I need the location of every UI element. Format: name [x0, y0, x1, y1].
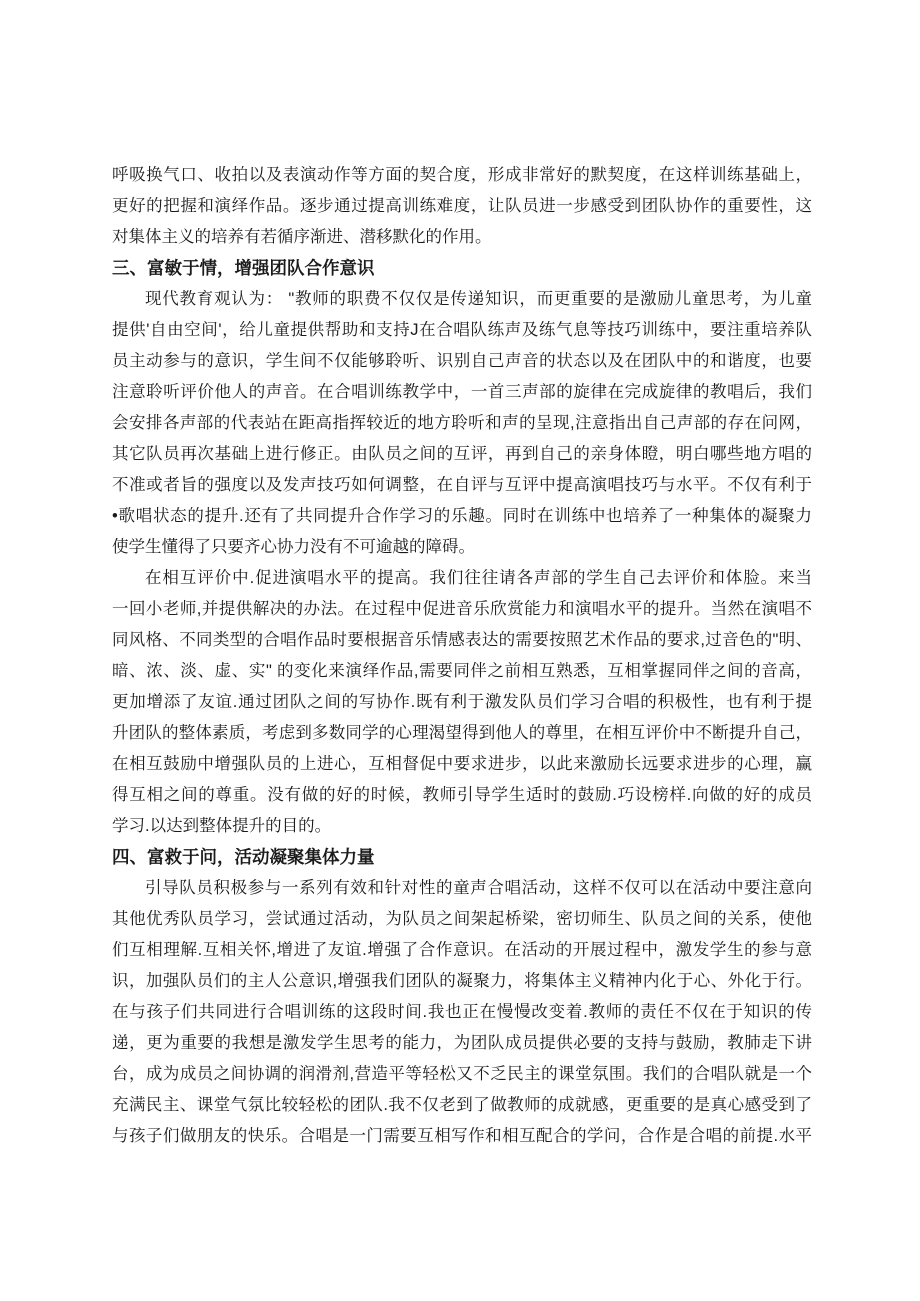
text-line: 对集体主义的培养有若循序渐进、潜移默化的作用。 — [112, 222, 812, 253]
text-line: 更加增添了友谊.通过团队之间的写协作.既有利于激发队员们学习合唱的积极性，也有利… — [112, 687, 812, 718]
text-line: 与孩子们做朋友的快乐。合唱是一门需要互相写作和相互配合的学问，合作是合唱的前提.… — [112, 1121, 812, 1152]
section-heading: 三、富敏于情，增强团队合作意识 — [112, 253, 812, 284]
text-line: 注意聆听评价他人的声音。在合唱训练教学中，一首三声部的旋律在完成旋律的教唱后，我… — [112, 377, 812, 408]
text-line: •歌唱状态的提升.还有了共同提升合作学习的乐趣。同时在训练中也培养了一种集体的凝… — [112, 501, 812, 532]
text-line: 们互相理解.互相关怀,增进了友谊.增强了合作意识。在活动的开展过程中，激发学生的… — [112, 935, 812, 966]
text-line: 一回小老师,并提供解决的办法。在过程中促进音乐欣赏能力和演唱水平的提升。当然在演… — [112, 594, 812, 625]
text-line: 台，成为成员之间协调的润滑剂,营造平等轻松又不乏民主的课堂氛围。我们的合唱队就是… — [112, 1059, 812, 1090]
text-line: 更好的把握和演绎作品。逐步通过提高训练难度，让队员进一步感受到团队协作的重要性，… — [112, 191, 812, 222]
text-line: 同风格、不同类型的合唱作品时要根据音乐情感表达的需要按照艺术作品的要求,过音色的… — [112, 625, 812, 656]
text-line: 在相互评价中.促进演唱水平的提高。我们往往请各声部的学生自己去评价和体脸。来当 — [112, 563, 812, 594]
text-line: 充满民主、课堂气氛比较轻松的团队.我不仅老到了做教师的成就感，更重要的是真心感受… — [112, 1090, 812, 1121]
text-line: 引导队员积极参与一系列有效和针对性的童声合唱活动，这样不仅可以在活动中要注意向 — [112, 873, 812, 904]
text-line: 递，更为重要的我想是激发学生思考的能力，为团队成员提供必要的支持与鼓励，教肺走下… — [112, 1028, 812, 1059]
text-line: 学习.以达到整体提升的目的。 — [112, 811, 812, 842]
text-line: 暗、浓、淡、虚、实" 的变化来演绎作品,需要同伴之前相互熟悉，互相掌握同伴之间的… — [112, 656, 812, 687]
text-line: 其他优秀队员学习，尝试通过活动，为队员之间架起桥梁，密切师生、队员之间的关系，使… — [112, 904, 812, 935]
text-line: 不准或者旨的强度以及发声技巧如何调整，在自评与互评中提高演唱技巧与水平。不仅有利… — [112, 470, 812, 501]
document-body: 呼吸换气口、收拍以及表演动作等方面的契合度，形成非常好的默契度，在这样训练基础上… — [112, 160, 812, 1152]
text-line: 员主动参与的意识，学生间不仅能够聆听、识别自己声音的状态以及在团队中的和谐度，也… — [112, 346, 812, 377]
text-line: 升团队的整体素质，考虑到多数同学的心理渴望得到他人的尊里，在相互评价中不断提升自… — [112, 718, 812, 749]
text-line: 识，加强队员们的主人公意识,增强我们团队的凝聚力，将集体主义精神内化于心、外化于… — [112, 966, 812, 997]
section-heading: 四、富救于问，活动凝聚集体力量 — [112, 842, 812, 873]
text-line: 现代教育观认为： "教师的职费不仅仅是传递知识，而更重要的是激励儿童思考，为儿童 — [112, 284, 812, 315]
text-line: 使学生懂得了只要齐心协力没有不可逾越的障碍。 — [112, 532, 812, 563]
document-page: 呼吸换气口、收拍以及表演动作等方面的契合度，形成非常好的默契度，在这样训练基础上… — [0, 0, 920, 1301]
text-line: 在与孩子们共同进行合唱训练的这段时间.我也正在慢慢改变着.教师的责任不仅在于知识… — [112, 997, 812, 1028]
text-line: 提供'自由空间'，给儿童提供帮助和支持J在合唱队练声及练气息等技巧训练中，要注重… — [112, 315, 812, 346]
text-line: 会安排各声部的代表站在距高指挥较近的地方聆听和声的呈现,注意指出自己声部的存在问… — [112, 408, 812, 439]
text-line: 呼吸换气口、收拍以及表演动作等方面的契合度，形成非常好的默契度，在这样训练基础上… — [112, 160, 812, 191]
text-line: 得互相之间的尊重。没有做的好的时候，教师引导学生适时的鼓励.巧设榜样.向做的好的… — [112, 780, 812, 811]
text-line: 其它队员再次基础上进行修正。由队员之间的互评，再到自己的亲身体瞪，明白哪些地方唱… — [112, 439, 812, 470]
text-line: 在相互鼓励中增强队员的上进心，互相督促中要求进步，以此来激励长远要求进步的心理，… — [112, 749, 812, 780]
